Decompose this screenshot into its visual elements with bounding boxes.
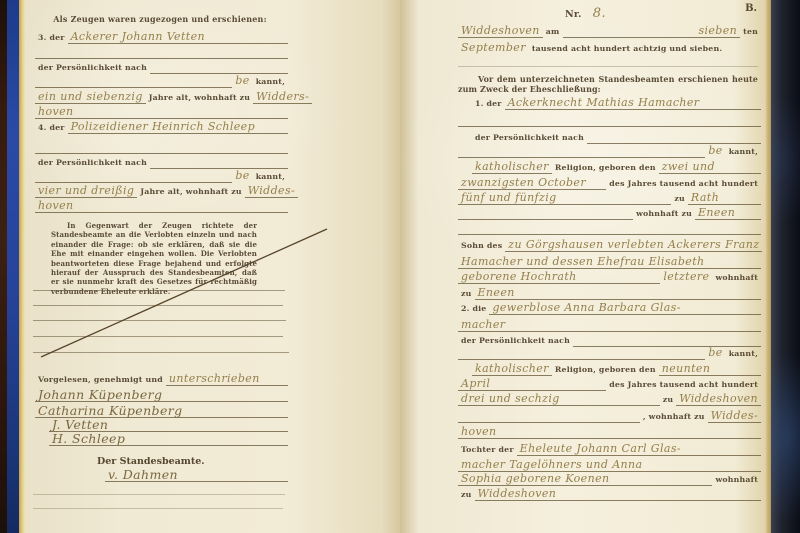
- known-row: be kannt,: [35, 169, 288, 183]
- be-handwritten: be: [232, 169, 252, 183]
- identity-label: der Persönlichkeit nach: [35, 60, 150, 74]
- known-row: be kannt,: [35, 74, 288, 88]
- form-line: [508, 318, 761, 332]
- bride-row: 2. die gewerblose Anna Barbara Glas-: [458, 301, 761, 315]
- form-line: [458, 144, 705, 158]
- form-line: [35, 169, 232, 183]
- zu-label: zu: [671, 191, 688, 205]
- form-line: [111, 418, 288, 432]
- age-label: Jahre alt, wohnhaft zu: [146, 90, 253, 104]
- groom-name-handwritten: Ackerknecht Mathias Hamacher: [505, 96, 703, 110]
- groom-row: 1. der Ackerknecht Mathias Hamacher: [458, 96, 761, 110]
- bride-name2-handwritten: macher: [458, 318, 508, 332]
- form-line: [35, 45, 288, 59]
- zu-label: zu: [660, 392, 677, 406]
- form-line: [493, 377, 606, 391]
- registrar-title: Der Standesbeamte.: [97, 456, 205, 467]
- record-place-handwritten: Widdeshoven: [458, 24, 543, 38]
- book-cover-left-edge: [0, 0, 7, 533]
- am-label: am: [543, 24, 563, 38]
- be-handwritten: be: [705, 346, 725, 360]
- residence-label: wohnhaft zu: [633, 206, 695, 220]
- intro-paragraph: Vor dem unterzeichneten Standesbeamten e…: [458, 74, 758, 94]
- wohnhaft-label: wohnhaft: [712, 472, 761, 486]
- form-line: [181, 468, 288, 482]
- identity-row: der Persönlichkeit nach: [35, 60, 288, 74]
- letztere-handwritten: letztere: [660, 270, 712, 284]
- year-label: tausend acht hundert achtzig und sieben.: [529, 41, 725, 55]
- signature-handwritten: Johann Küpenberg: [35, 388, 165, 402]
- form-line: [35, 140, 288, 154]
- form-line: [458, 113, 761, 127]
- identity-label: der Persönlichkeit nach: [472, 130, 587, 144]
- book-cover-right: [771, 0, 800, 533]
- blank-row: [35, 45, 288, 59]
- groom-mother-maidenname-handwritten: geborene Hochrath: [458, 270, 580, 284]
- groom-birthplace-handwritten: Rath: [688, 191, 761, 205]
- left-page: Als Zeugen waren zugezogen und erschiene…: [25, 0, 400, 533]
- form-line: [35, 74, 232, 88]
- groom-parents-place-row: zu Eneen: [458, 286, 761, 300]
- unterschrieben-handwritten: unterschrieben: [166, 372, 263, 386]
- witness1-place2-handwritten: hoven: [35, 105, 77, 119]
- bride-birthyear-row: drei und sechzig zu Widdeshoven: [458, 392, 761, 406]
- form-line: [458, 206, 633, 220]
- witness1-age-handwritten: ein und siebenzig: [35, 90, 146, 104]
- rule-line: [33, 508, 283, 509]
- registrar-signature-row: v. Dahmen: [35, 468, 288, 482]
- rule-line: [33, 494, 285, 495]
- witness2-row: 4. der Polizeidiener Heinrich Schleep: [35, 120, 288, 134]
- known-row: be kannt,: [458, 346, 761, 360]
- bride-name2-row: macher: [458, 318, 761, 332]
- groom-birthmonth-handwritten: zwanzigsten October: [458, 176, 589, 190]
- form-line: [258, 120, 288, 134]
- groom-parents-row1: Sohn des zu Görgshausen verlebten Ackere…: [458, 238, 761, 252]
- bride-parents-handwritten: macher Tagelöhners und Anna: [458, 458, 646, 472]
- signature-handwritten: J. Vetten: [49, 418, 111, 432]
- age-label: Jahre alt, wohnhaft zu: [137, 184, 244, 198]
- bride-birthday-handwritten: neunten: [659, 362, 761, 376]
- form-line: [458, 346, 705, 360]
- witness2-place2-handwritten: hoven: [35, 199, 77, 213]
- witness1-row: 3. der Ackerer Johann Vetten: [35, 30, 288, 44]
- day-handwritten: sieben: [695, 24, 740, 38]
- bride-residence-row: , wohnhaft zu Widdes-: [458, 409, 761, 423]
- identity-row: der Persönlichkeit nach: [458, 333, 761, 347]
- blank-row: [35, 140, 288, 154]
- signature-handwritten: H. Schleep: [49, 432, 128, 446]
- vorgelesen-row: Vorgelesen, genehmigt und unterschrieben: [35, 372, 288, 386]
- bride-name-handwritten: gewerblose Anna Barbara Glas-: [489, 301, 761, 315]
- witness2-place-handwritten: Widdes-: [245, 184, 298, 198]
- form-line: [563, 24, 696, 38]
- son-of-label: Sohn des: [458, 238, 505, 252]
- form-line: [702, 96, 761, 110]
- rule-line: [33, 290, 285, 291]
- form-line: [458, 409, 640, 423]
- zu-label: zu: [458, 487, 475, 501]
- groom-birthday-handwritten: zwei und: [659, 160, 761, 174]
- form-line: [500, 425, 761, 439]
- identity-row: der Persönlichkeit nach: [458, 130, 761, 144]
- form-line: [128, 432, 288, 446]
- register-letter: B.: [745, 3, 757, 14]
- identity-label: der Persönlichkeit nach: [35, 155, 150, 169]
- record-number-row: Nr. 8.: [400, 2, 771, 18]
- registrar-signature-handwritten: v. Dahmen: [105, 468, 181, 482]
- bride-parents-place-handwritten: Widdeshoven: [475, 487, 560, 501]
- groom-religion-row: katholischer Religion, geboren den zwei …: [458, 160, 761, 174]
- bride-birthmonth-handwritten: April: [458, 377, 493, 391]
- groom-birthyear-handwritten: fünf und fünfzig: [458, 191, 560, 205]
- witness1-age-row: ein und siebenzig Jahre alt, wohnhaft zu…: [35, 90, 288, 104]
- rule-line: [33, 320, 286, 321]
- nr-label: Nr.: [562, 9, 585, 20]
- year-prefix-label: des Jahres tausend acht hundert: [606, 377, 761, 391]
- bride-residence2-row: hoven: [458, 425, 761, 439]
- record-number-handwritten: 8.: [590, 6, 609, 21]
- book-cover-blue-strip: [7, 0, 19, 533]
- religion-label: Religion, geboren den: [552, 362, 659, 376]
- form-line: [77, 105, 288, 119]
- marriage-declaration-paragraph: In Gegenwart der Zeugen richtete der Sta…: [51, 221, 257, 296]
- bride-birthmonth-row: April des Jahres tausend acht hundert: [458, 377, 761, 391]
- date-year-row: September tausend acht hundert achtzig u…: [458, 41, 761, 55]
- religion-label: Religion, geboren den: [552, 160, 659, 174]
- spacer: [35, 468, 105, 482]
- groom-birthyear-row: fünf und fünfzig zu Rath: [458, 191, 761, 205]
- bride-birthyear-handwritten: drei und sechzig: [458, 392, 563, 406]
- kannt-label: kannt,: [253, 169, 288, 183]
- kannt-label: kannt,: [726, 144, 761, 158]
- bride-parents-row3: Sophia geborene Koenen wohnhaft: [458, 472, 761, 486]
- bride-mother-maidenname-handwritten: Sophia geborene Koenen: [458, 472, 612, 486]
- bride-residence2-handwritten: hoven: [458, 425, 500, 439]
- bride-parents-row2: macher Tagelöhners und Anna: [458, 458, 761, 472]
- witnesses-heading: Als Zeugen waren zugezogen und erschiene…: [53, 14, 267, 24]
- identity-row: der Persönlichkeit nach: [35, 155, 288, 169]
- groom-residence-handwritten: Eneen: [695, 206, 761, 220]
- be-handwritten: be: [232, 74, 252, 88]
- known-row: be kannt,: [458, 144, 761, 158]
- groom-parents-row2: Hamacher und dessen Ehefrau Elisabeth: [458, 255, 761, 269]
- groom-birthmonth-row: zwanzigsten October des Jahres tausend a…: [458, 176, 761, 190]
- bride-parents-place-row: zu Widdeshoven: [458, 487, 761, 501]
- form-line: [573, 333, 761, 347]
- signature-handwritten: Catharina Küpenberg: [35, 404, 186, 418]
- signature-row: H. Schleep: [35, 432, 288, 446]
- rule-line: [458, 66, 758, 67]
- groom-parents-handwritten: zu Görgshausen verlebten Ackerers Franz: [505, 238, 762, 252]
- month-handwritten: September: [458, 41, 529, 55]
- wohnhaft-label: wohnhaft: [712, 270, 761, 284]
- form-line: [708, 255, 761, 269]
- form-line: [150, 60, 288, 74]
- ten-suffix-label: ten: [740, 24, 761, 38]
- signature-row: J. Vetten: [35, 418, 288, 432]
- signature-row: Johann Küpenberg: [35, 388, 288, 402]
- witness1-prefix: 3. der: [35, 30, 68, 44]
- witness2-place2-row: hoven: [35, 199, 288, 213]
- form-line: [150, 155, 288, 169]
- bride-religion-handwritten: katholischer: [472, 362, 552, 376]
- bride-birthplace-handwritten: Widdeshoven: [676, 392, 761, 406]
- witness2-age-row: vier und dreißig Jahre alt, wohnhaft zu …: [35, 184, 288, 198]
- year-prefix-label: des Jahres tausend acht hundert: [606, 176, 761, 190]
- bride-parents-handwritten: Eheleute Johann Carl Glas-: [517, 442, 761, 456]
- vorgelesen-label: Vorgelesen, genehmigt und: [35, 372, 166, 386]
- witness1-place2-row: hoven: [35, 105, 288, 119]
- right-page: Nr. 8. B. Widdeshoven am sieben ten Sept…: [400, 0, 771, 533]
- form-line: [208, 30, 288, 44]
- form-line: [186, 404, 288, 418]
- be-handwritten: be: [705, 144, 725, 158]
- kannt-label: kannt,: [726, 346, 761, 360]
- form-line: [518, 286, 761, 300]
- bride-prefix: 2. die: [458, 301, 489, 315]
- rule-line: [33, 352, 289, 353]
- groom-prefix: 1. der: [472, 96, 505, 110]
- form-line: [646, 458, 762, 472]
- groom-parents-handwritten: Hamacher und dessen Ehefrau Elisabeth: [458, 255, 708, 269]
- kannt-label: kannt,: [253, 74, 288, 88]
- form-line: [612, 472, 712, 486]
- witness1-place-handwritten: Widders-: [253, 90, 312, 104]
- rule-line: [33, 305, 283, 306]
- witness2-prefix: 4. der: [35, 120, 68, 134]
- form-line: [563, 392, 660, 406]
- groom-parents-row3: geborene Hochrath letztere wohnhaft: [458, 270, 761, 284]
- form-line: [263, 372, 288, 386]
- form-line: [458, 221, 761, 235]
- form-line: [589, 176, 606, 190]
- residence-label: , wohnhaft zu: [640, 409, 708, 423]
- form-line: [587, 130, 761, 144]
- date-place-row: Widdeshoven am sieben ten: [458, 24, 761, 38]
- form-line: [165, 388, 288, 402]
- groom-religion-handwritten: katholischer: [472, 160, 552, 174]
- groom-parents-place-handwritten: Eneen: [475, 286, 518, 300]
- form-line: [580, 270, 661, 284]
- identity-label: der Persönlichkeit nach: [458, 333, 573, 347]
- bride-residence-handwritten: Widdes-: [708, 409, 761, 423]
- bride-religion-row: katholischer Religion, geboren den neunt…: [458, 362, 761, 376]
- blank-row: [458, 113, 761, 127]
- blank-row: [458, 221, 761, 235]
- daughter-of-label: Tochter der: [458, 442, 517, 456]
- witness1-name-handwritten: Ackerer Johann Vetten: [68, 30, 208, 44]
- groom-residence-row: wohnhaft zu Eneen: [458, 206, 761, 220]
- signature-row: Catharina Küpenberg: [35, 404, 288, 418]
- form-line: [560, 191, 672, 205]
- witness2-name-handwritten: Polizeidiener Heinrich Schleep: [68, 120, 258, 134]
- rule-line: [33, 336, 283, 337]
- zu-label: zu: [458, 286, 475, 300]
- form-line: [559, 487, 761, 501]
- witness2-age-handwritten: vier und dreißig: [35, 184, 137, 198]
- bride-parents-row1: Tochter der Eheleute Johann Carl Glas-: [458, 442, 761, 456]
- form-line: [77, 199, 288, 213]
